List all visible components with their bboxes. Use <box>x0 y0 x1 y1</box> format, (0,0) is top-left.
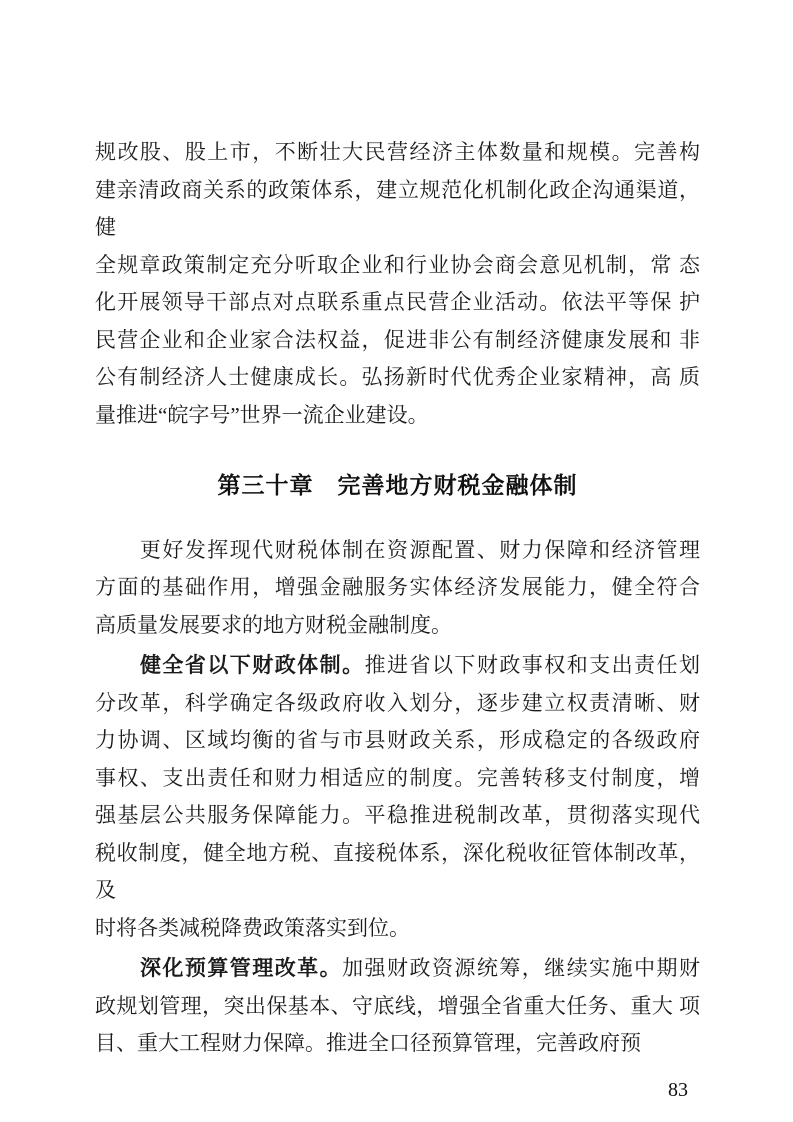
text-line: 化开展领导干部点对点联系重点民营企业活动。依法平等保 护 <box>95 284 700 322</box>
chapter-heading: 第三十章 完善地方财税金融体制 <box>95 467 700 505</box>
text-line: 更好发挥现代财税体制在资源配置、财力保障和经济管理 <box>95 532 700 570</box>
text-line: 方面的基础作用，增强金融服务实体经济发展能力，健全符合 <box>95 569 700 607</box>
text-line: 公有制经济人士健康成长。弘扬新时代优秀企业家精神，高 质 <box>95 359 700 397</box>
bold-lead: 深化预算管理改革。 <box>140 956 342 980</box>
text-line: 力协调、区域均衡的省与市县财政关系，形成稳定的各级政府 <box>95 722 700 760</box>
page-content: 规改股、股上市，不断壮大民营经济主体数量和规模。完善构建亲清政商关系的政策体系，… <box>95 0 700 1102</box>
paragraph-budget-reform: 深化预算管理改革。加强财政资源统筹，继续实施中期财政规划管理，突出保基本、守底线… <box>95 950 700 1063</box>
text-line: 税收制度，健全地方税、直接税体系，深化税收征管体制改革， 及 <box>95 835 700 910</box>
document-page: 规改股、股上市，不断壮大民营经济主体数量和规模。完善构建亲清政商关系的政策体系，… <box>0 0 793 1122</box>
text-line: 量推进“皖字号”世界一流企业建设。 <box>95 397 700 435</box>
text-line: 时将各类减税降费政策落实到位。 <box>95 910 700 948</box>
paragraph-chapter-intro: 更好发挥现代财税体制在资源配置、财力保障和经济管理方面的基础作用，增强金融服务实… <box>95 532 700 645</box>
text-line: 政规划管理，突出保基本、守底线，增强全省重大任务、重大 项 <box>95 988 700 1026</box>
paragraph-fiscal-system: 健全省以下财政体制。推进省以下财政事权和支出责任划分改革，科学确定各级政府收入划… <box>95 647 700 947</box>
text-line: 事权、支出责任和财力相适应的制度。完善转移支付制度，增 <box>95 760 700 798</box>
bold-lead: 健全省以下财政体制。 <box>140 653 365 677</box>
text-line: 民营企业和企业家合法权益，促进非公有制经济健康发展和 非 <box>95 322 700 360</box>
text-line: 强基层公共服务保障能力。平稳推进税制改革，贯彻落实现代 <box>95 797 700 835</box>
text-line: 建亲清政商关系的政策体系，建立规范化机制化政企沟通渠道， 健 <box>95 172 700 247</box>
text-line: 高质量发展要求的地方财税金融制度。 <box>95 607 700 645</box>
text-line: 规改股、股上市，不断壮大民营经济主体数量和规模。完善构 <box>95 134 700 172</box>
text-line: 深化预算管理改革。加强财政资源统筹，继续实施中期财 <box>95 950 700 988</box>
page-number: 83 <box>95 1078 700 1102</box>
text-line: 健全省以下财政体制。推进省以下财政事权和支出责任划 <box>95 647 700 685</box>
text-line: 全规章政策制定充分听取企业和行业协会商会意见机制，常 态 <box>95 247 700 285</box>
paragraph-private-economy: 规改股、股上市，不断壮大民营经济主体数量和规模。完善构建亲清政商关系的政策体系，… <box>95 134 700 434</box>
text-line: 目、重大工程财力保障。推进全口径预算管理，完善政府预 <box>95 1025 700 1063</box>
text-line: 分改革，科学确定各级政府收入划分，逐步建立权责清晰、财 <box>95 685 700 723</box>
